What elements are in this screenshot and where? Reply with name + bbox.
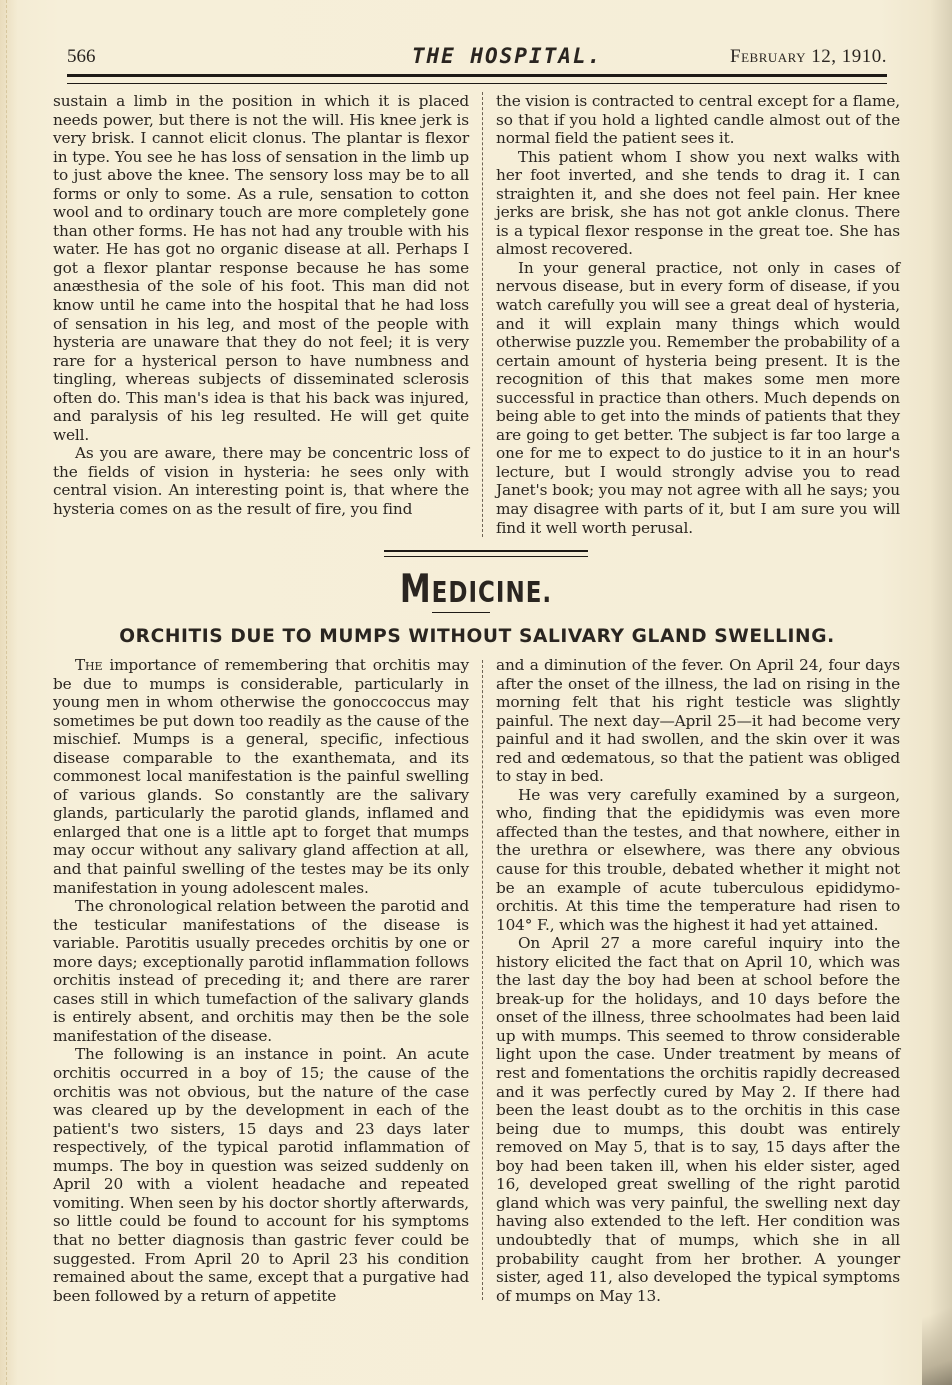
header-rule <box>67 74 887 84</box>
article-title: ORCHITIS DUE TO MUMPS WITHOUT SALIVARY G… <box>67 626 887 647</box>
paragraph: This patient whom I show you next walks … <box>496 148 900 259</box>
top-left-column: sustain a limb in the position in which … <box>53 92 469 519</box>
paragraph-text: importance of remembering that orchitis … <box>53 656 469 897</box>
article-left-column: The importance of remembering that orchi… <box>53 656 469 1305</box>
top-right-column: the vision is contracted to central exce… <box>496 92 900 537</box>
paragraph: The following is an instance in point. A… <box>53 1045 469 1305</box>
section-title-initial: M <box>400 567 432 612</box>
paragraph: The importance of remembering that orchi… <box>53 656 469 897</box>
paragraph: He was very carefully examined by a surg… <box>496 786 900 934</box>
paragraph: The chronological relation between the p… <box>53 897 469 1045</box>
section-title: MEDICINE. <box>0 567 952 612</box>
section-rule <box>384 550 588 557</box>
paragraph: In your general practice, not only in ca… <box>496 259 900 537</box>
section-title-rest: EDICINE. <box>432 577 553 610</box>
paragraph: sustain a limb in the position in which … <box>53 92 469 444</box>
lead-word: The <box>75 656 102 674</box>
column-divider <box>482 92 483 537</box>
column-divider <box>482 660 483 1300</box>
section-short-rule <box>432 612 490 613</box>
binding-edge <box>6 0 9 1385</box>
running-header: 566 THE HOSPITAL. February 12, 1910. <box>67 46 887 70</box>
issue-date: February 12, 1910. <box>730 46 887 68</box>
page-curl <box>922 1265 952 1385</box>
paragraph: As you are aware, there may be concentri… <box>53 444 469 518</box>
paragraph: the vision is contracted to central exce… <box>496 92 900 148</box>
article-right-column: and a diminution of the fever. On April … <box>496 656 900 1305</box>
paragraph: and a diminution of the fever. On April … <box>496 656 900 786</box>
scanned-page: 566 THE HOSPITAL. February 12, 1910. sus… <box>0 0 952 1385</box>
paragraph: On April 27 a more careful inquiry into … <box>496 934 900 1305</box>
